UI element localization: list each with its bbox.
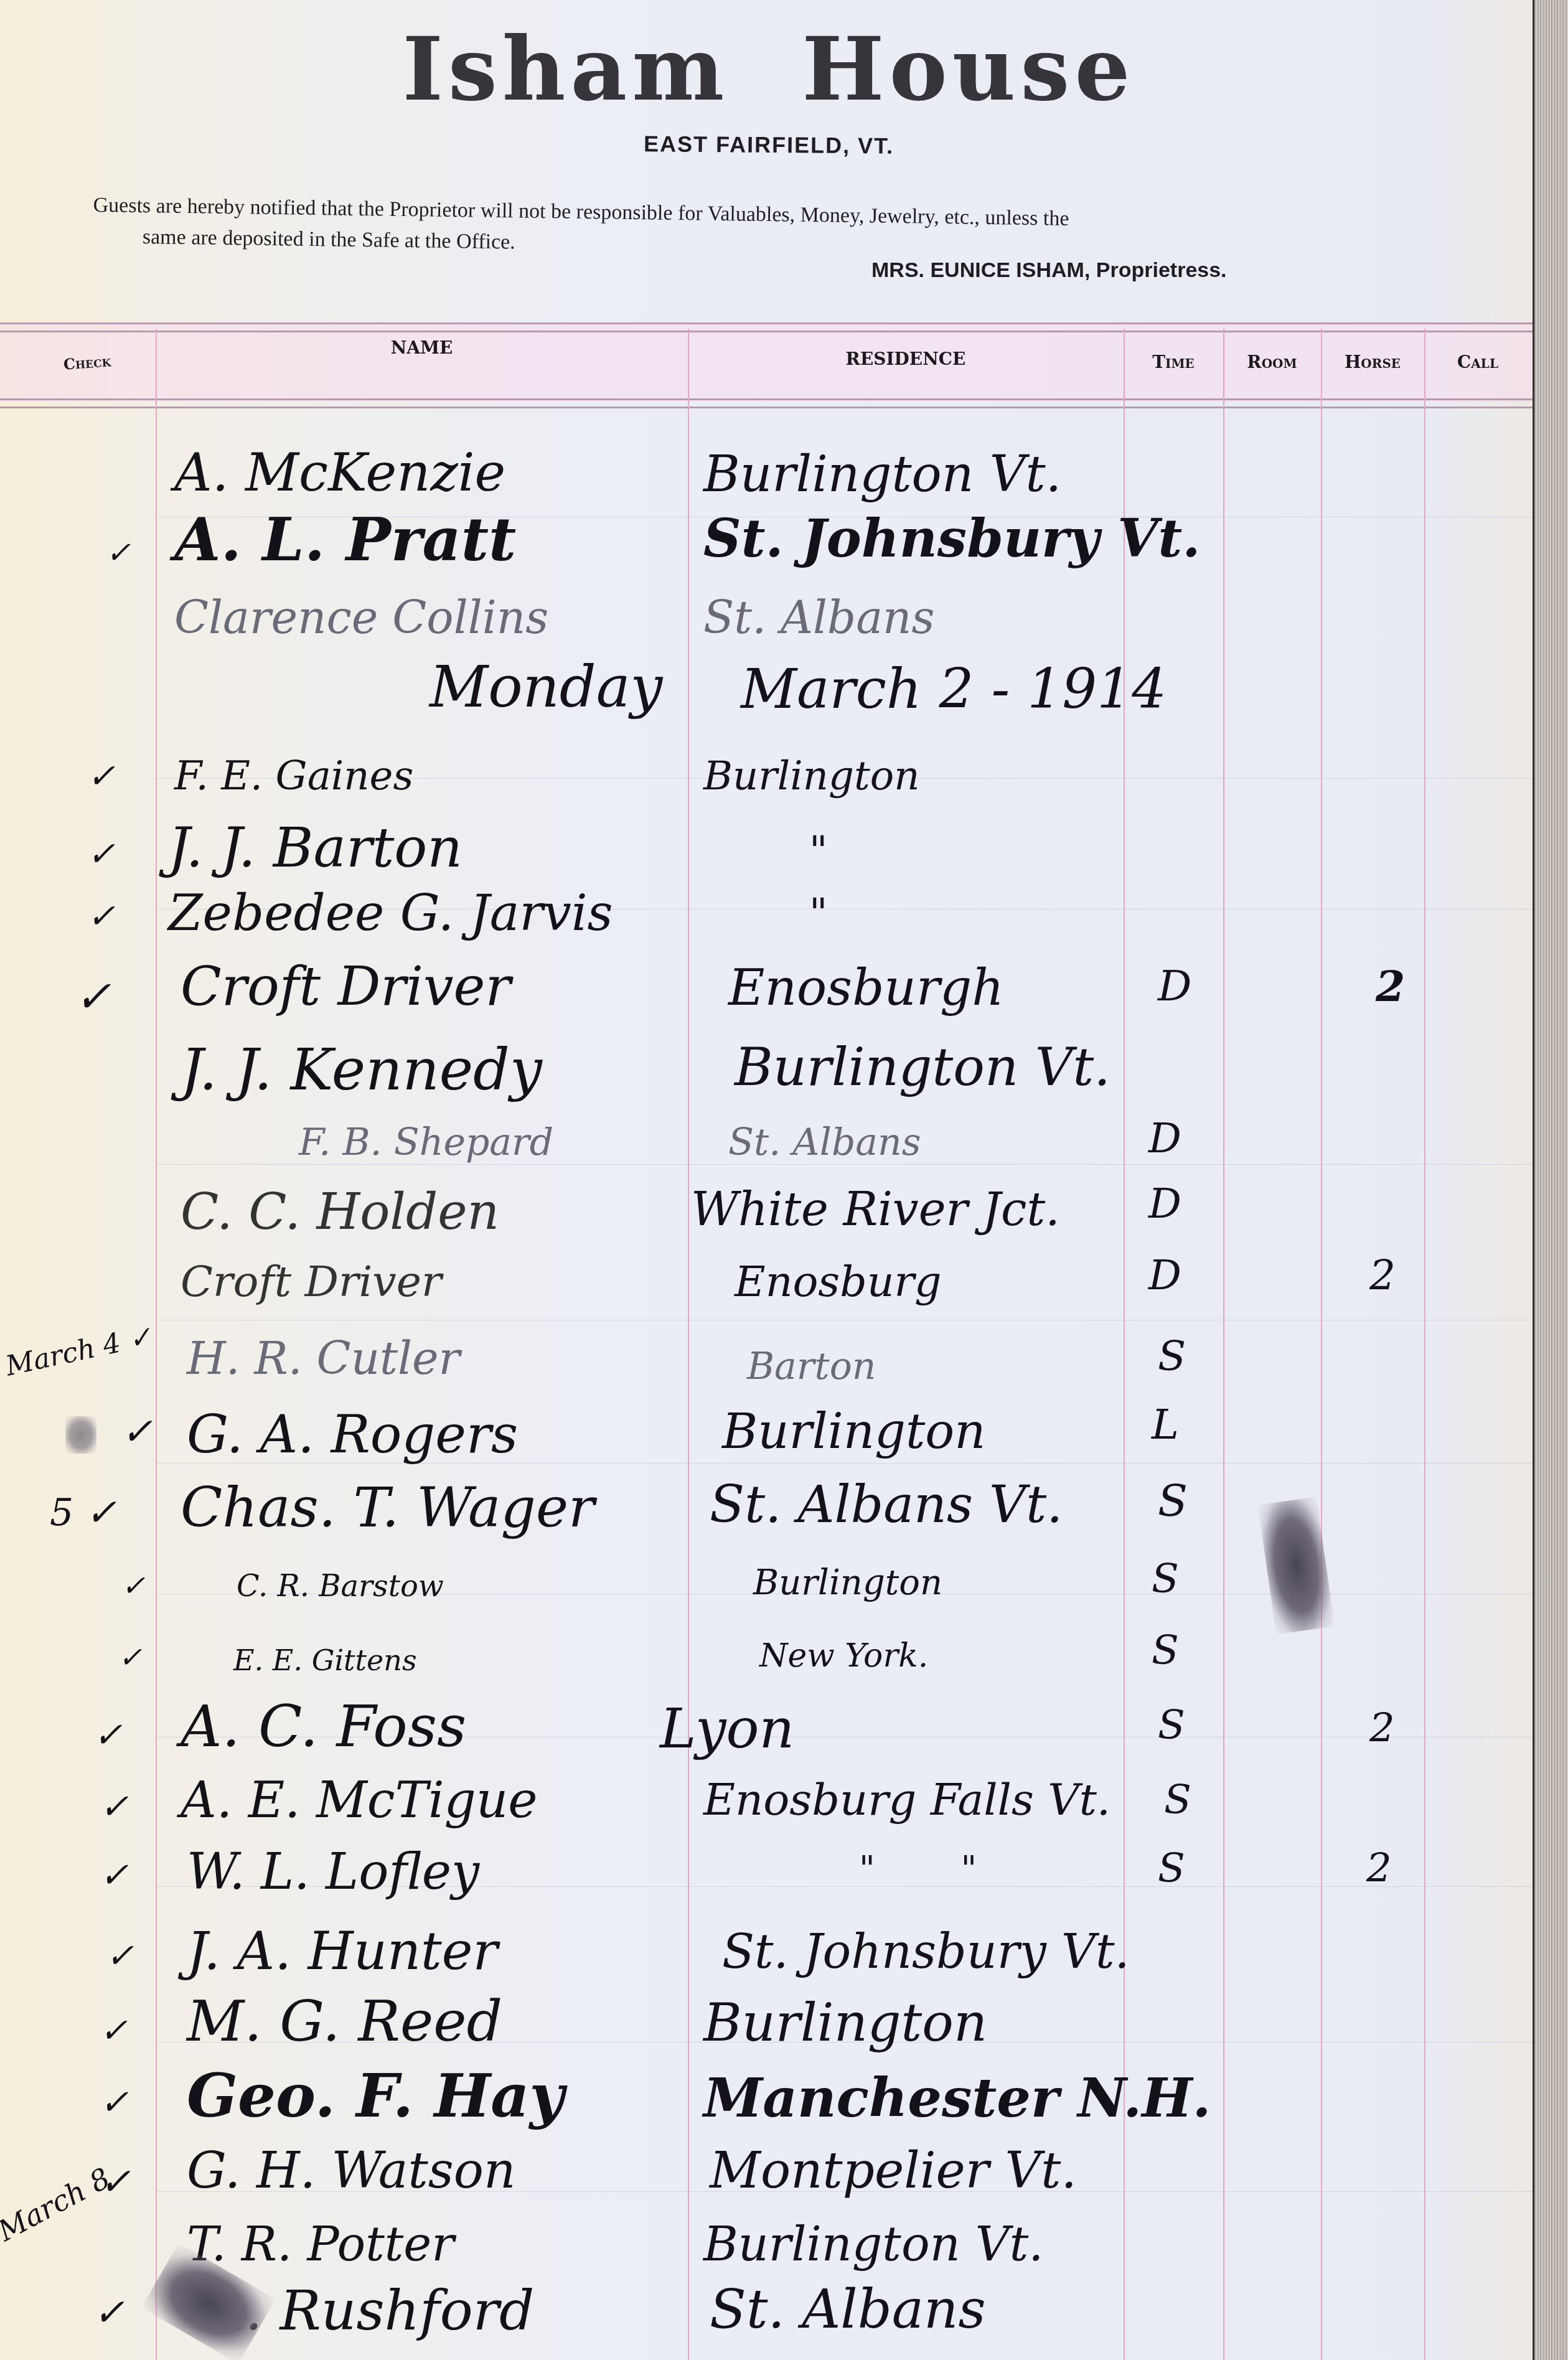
register-page: Isham House EAST FAIRFIELD, VT. Guests a… [0,0,1537,2360]
header-rule-top [0,322,1537,332]
guest-residence: Enosburgh [728,959,1004,1017]
row-rule [156,1320,1537,1320]
check-mark: ✓ [100,2082,129,2123]
book-spine-edge [1533,0,1568,2360]
time-mark: S [1164,1777,1191,1823]
check-margin-note: 5 ✓ [50,1491,117,1535]
check-mark: ✓ [118,1640,143,1674]
guest-residence: New York. [759,1637,928,1675]
check-mark: ✓ [87,896,115,936]
column-header-call: Call [1424,352,1531,372]
guest-residence: Enosburg [735,1258,942,1307]
column-divider [156,329,157,2360]
proprietor-line: MRS. EUNICE ISHAM, Proprietress. [871,258,1227,283]
guest-name: J. A. Hunter [187,1920,498,1982]
date-heading-day: Monday [430,654,663,720]
check-mark: ✓ [106,535,131,570]
guest-residence: Manchester N.H. [703,2067,1211,2130]
notice-line-2: same are deposited in the Safe at the Of… [93,221,1450,271]
guest-residence: St. Albans [703,591,934,644]
column-divider [1223,329,1224,2360]
guest-name: Zebedee G. Jarvis [168,884,613,942]
column-divider [688,329,689,2360]
guest-name: Croft Driver [181,1258,442,1307]
row-rule [156,1164,1537,1165]
column-header-room: Room [1223,352,1321,372]
guest-name: G. A. Rogers [187,1404,518,1465]
check-mark: ✓ [100,1787,129,1827]
guest-residence: Enosburg Falls Vt. [703,1774,1110,1825]
column-divider [1321,329,1322,2360]
guest-name: J. J. Kennedy [181,1037,542,1103]
horse-count: 2 [1366,1846,1392,1892]
guest-residence: Burlington Vt. [703,445,1061,503]
guest-name: A. C. Foss [181,1693,466,1760]
guest-name: A. E. McTigue [181,1771,538,1829]
column-header-name: NAME [156,337,688,358]
check-mark: ✓ [75,971,111,1022]
guest-name: Croft Driver [181,956,511,1018]
guest-name: J. J. Barton [168,816,462,880]
guest-residence: St. Johnsbury Vt. [722,1924,1130,1979]
guest-residence: Burlington Vt. [735,1037,1110,1098]
time-mark: D [1148,1251,1181,1299]
guest-residence: Burlington [722,1404,985,1460]
column-divider [1424,329,1425,2360]
time-mark: S [1152,1628,1179,1674]
time-mark: S [1158,1846,1185,1892]
time-mark: S [1158,1475,1188,1526]
check-margin-note: March 8 [0,2161,116,2248]
check-mark: ✓ [106,1936,134,1975]
guest-name: W. L. Lofley [187,1843,479,1901]
guest-name: H. R. Cutler [187,1332,460,1385]
guest-name: E. E. Gittens [233,1643,417,1677]
horse-count: 2 [1369,1706,1395,1752]
ink-blot [1258,1497,1335,1634]
guest-name: C. C. Holden [181,1183,499,1241]
guest-residence: Barton [747,1345,876,1388]
guest-name: A. McKenzie [174,442,505,503]
guest-residence: " [809,828,827,874]
time-mark: L [1152,1401,1179,1449]
guest-residence: St. Albans [728,1121,921,1164]
guest-residence: Burlington [703,753,919,799]
guest-residence: St. Albans [710,2278,986,2341]
guest-name: A. L. Pratt [174,504,516,575]
ink-smudge [65,1416,96,1454]
column-header-residence: RESIDENCE [688,349,1124,369]
header-rule-bottom [0,398,1537,408]
guest-name: Chas. T. Wager [181,1475,594,1540]
guest-residence: White River Jct. [691,1183,1060,1236]
check-mark: ✓ [100,2011,128,2050]
guest-name: C. R. Barstow [237,1569,444,1604]
guest-residence: " " [859,1849,1014,1889]
guest-residence: Burlington Vt. [703,2216,1043,2272]
date-heading-date: March 2 - 1914 [741,657,1167,721]
time-mark: S [1158,1703,1185,1749]
guest-residence: St. Johnsbury Vt. [703,507,1201,569]
check-mark: ✓ [121,1569,146,1602]
time-mark: S [1152,1556,1179,1602]
guest-residence: St. Albans Vt. [710,1475,1063,1535]
column-header-time: Time [1124,352,1223,372]
check-margin-note: March 4 ✓ [3,1320,155,1382]
check-mark: ✓ [93,2291,124,2334]
horse-count: 2 [1369,1251,1396,1299]
check-mark: ✓ [93,1715,123,1756]
horse-count: 2 [1376,962,1405,1012]
time-mark: D [1148,1180,1181,1228]
check-mark: ✓ [87,834,115,873]
guest-name: Geo. F. Hay [187,2061,564,2131]
page-title: Isham House [0,19,1537,121]
check-mark: ✓ [87,756,115,796]
guest-name: F. E. Gaines [174,753,413,799]
time-mark: D [1148,1114,1181,1162]
guest-residence: Burlington [753,1563,942,1603]
guest-residence: Montpelier Vt. [710,2141,1077,2199]
check-mark: ✓ [100,1855,129,1896]
check-mark: ✓ [121,1410,153,1454]
guest-name: M. G. Reed [187,1989,502,2054]
time-mark: D [1158,962,1192,1011]
guest-name: G. H. Watson [187,2141,515,2199]
hotel-location: EAST FAIRFIELD, VT. [0,125,1537,165]
guest-name: T. R. Potter [187,2216,454,2272]
guest-residence: Lyon [660,1696,794,1761]
guest-residence: " [809,890,827,936]
column-divider [1124,329,1125,2360]
time-mark: S [1158,1332,1186,1380]
guest-name: F. B. Shepard [299,1121,553,1164]
guest-name: Clarence Collins [174,591,548,644]
guest-residence: Burlington [703,1992,987,2053]
valuables-notice: Guests are hereby notified that the Prop… [93,190,1450,271]
column-header-horse: Horse [1321,352,1424,372]
